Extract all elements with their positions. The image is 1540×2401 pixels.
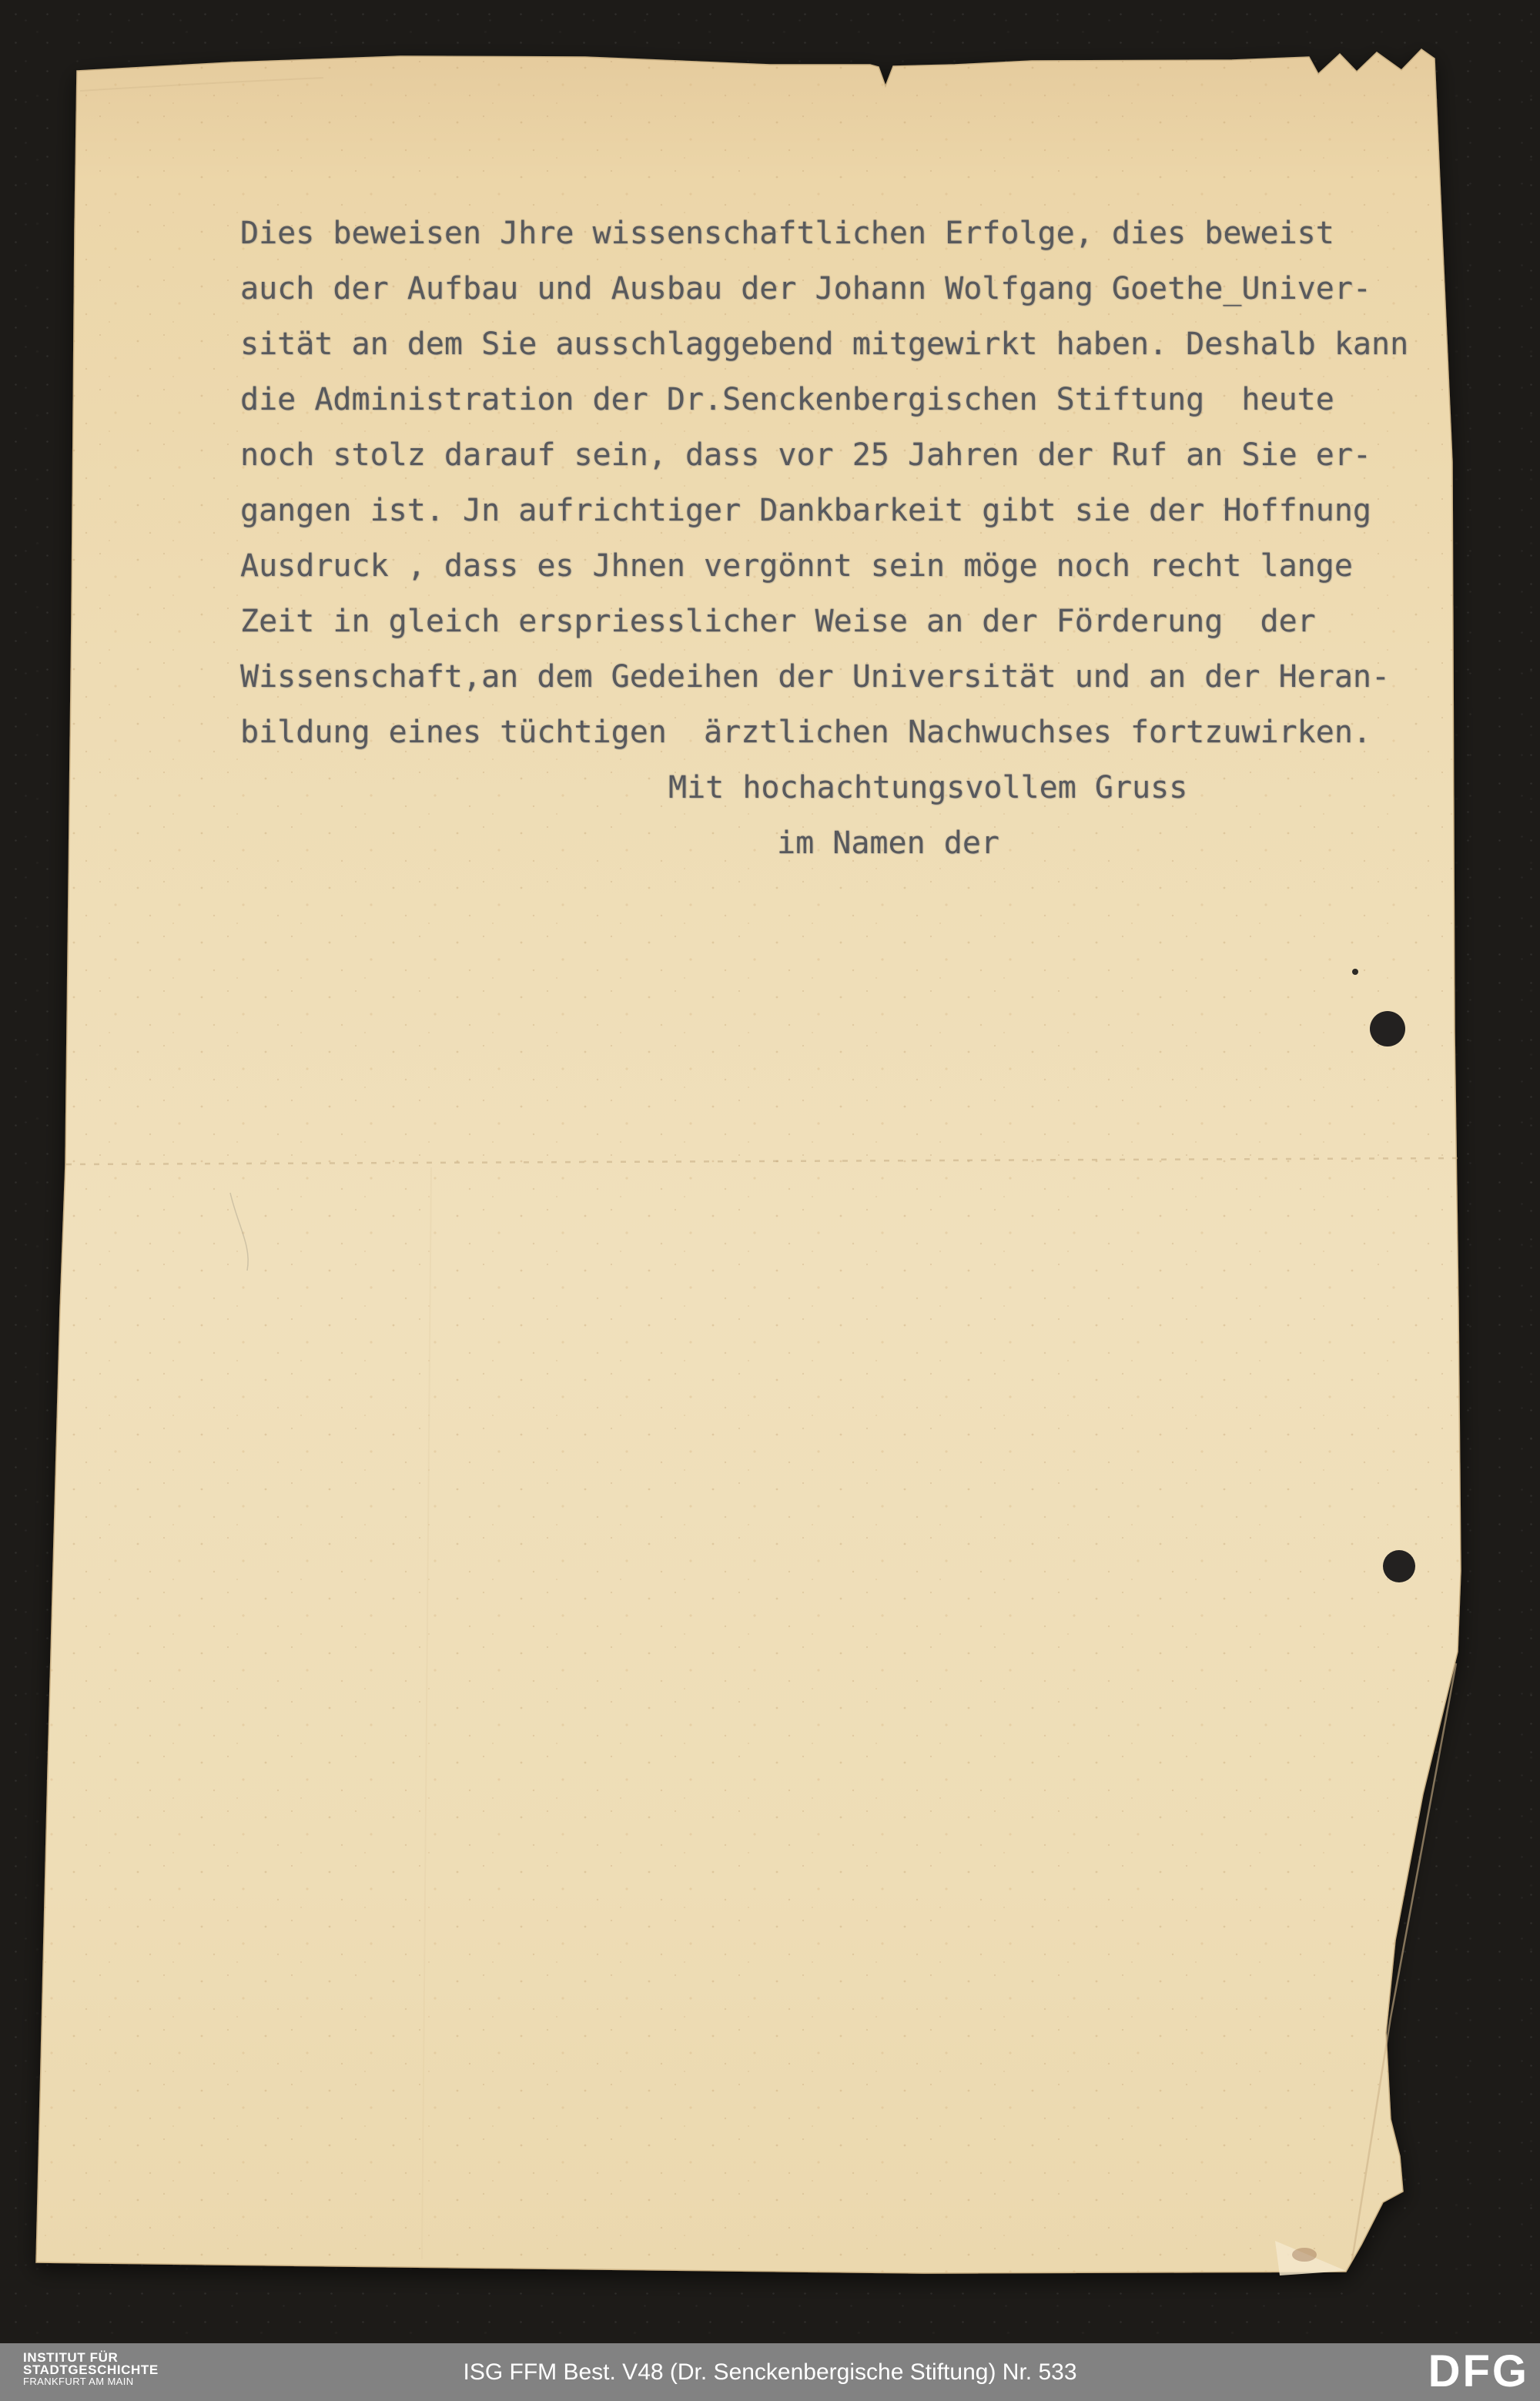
institute-name-line3: FRANKFURT AM MAIN: [23, 2376, 159, 2388]
letter-line: sität an dem Sie ausschlaggebend mitgewi…: [240, 316, 1441, 372]
scan-background: { "letter": { "lines": [ "Dies beweisen …: [0, 0, 1540, 2401]
dfg-logo: DFG: [1428, 2346, 1529, 2397]
institute-logo: INSTITUT FÜR STADTGESCHICHTE FRANKFURT A…: [23, 2352, 159, 2388]
ink-speck: [1352, 969, 1358, 975]
letter-line: bildung eines tüchtigen ärztlichen Nachw…: [240, 705, 1441, 760]
letter-text: Dies beweisen Jhre wissenschaftlichen Er…: [240, 206, 1441, 871]
letter-line: Dies beweisen Jhre wissenschaftlichen Er…: [240, 206, 1441, 261]
archive-reference: ISG FFM Best. V48 (Dr. Senckenbergische …: [463, 2359, 1076, 2386]
letter-line: Zeit in gleich erspriesslicher Weise an …: [240, 594, 1441, 649]
letter-line: die Administration der Dr.Senckenbergisc…: [240, 372, 1441, 427]
letter-line: Ausdruck , dass es Jhnen vergönnt sein m…: [240, 538, 1441, 594]
punch-hole-bottom: [1383, 1550, 1415, 1582]
letter-line: noch stolz darauf sein, dass vor 25 Jahr…: [240, 427, 1441, 483]
letter-line: auch der Aufbau und Ausbau der Johann Wo…: [240, 261, 1441, 316]
footer-bar: INSTITUT FÜR STADTGESCHICHTE FRANKFURT A…: [0, 2343, 1540, 2401]
stain-mark: [1292, 2248, 1317, 2262]
letter-line: Wissenschaft,an dem Gedeihen der Univers…: [240, 649, 1441, 705]
letter-closing-line: Mit hochachtungsvollem Gruss: [240, 760, 1441, 815]
letter-line: gangen ist. Jn aufrichtiger Dankbarkeit …: [240, 483, 1441, 538]
punch-hole-top: [1370, 1011, 1405, 1046]
letter-signature-line: im Namen der: [240, 815, 1441, 871]
institute-name-line2: STADTGESCHICHTE: [23, 2364, 159, 2376]
